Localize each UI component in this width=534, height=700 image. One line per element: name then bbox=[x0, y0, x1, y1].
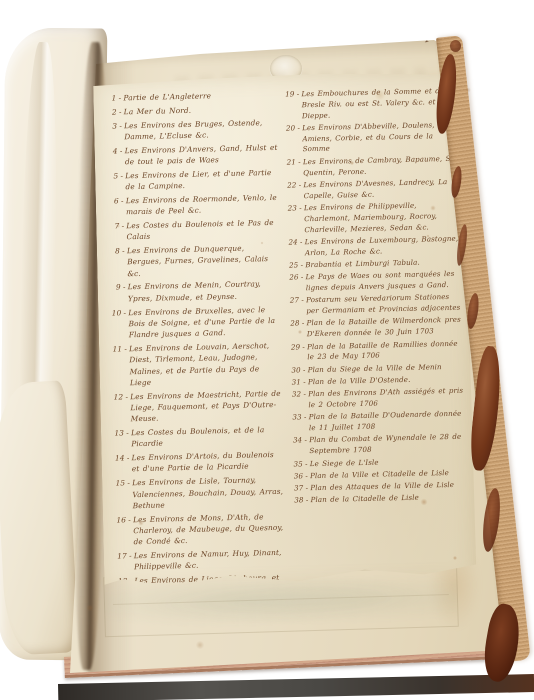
entry-number: 22 bbox=[281, 180, 296, 202]
entry-text: Les Environs de Dunquerque, Bergues, Fur… bbox=[127, 242, 281, 279]
index-entry: 12 - Les Environs de Maestricht, Partie … bbox=[108, 387, 284, 425]
entry-number: 8 bbox=[105, 245, 121, 279]
index-column-left: 1 - Partie de L'Angleterre 2 - La Mer du… bbox=[101, 89, 287, 601]
entry-text: Plan de la Bataille de Ramillies donnée … bbox=[307, 338, 465, 363]
entry-text: Plan des Environs D'Ath assiégés et pris… bbox=[308, 386, 466, 411]
entry-number: 4 bbox=[103, 145, 119, 168]
entry-text: Les Environs de Bruxelles, avec le Bois … bbox=[128, 303, 282, 340]
entry-number: 3 bbox=[102, 120, 118, 143]
entry-number: 21 bbox=[281, 157, 296, 179]
entry-number: 1 bbox=[101, 92, 116, 104]
entry-number: 10 bbox=[106, 307, 122, 341]
entry-number: 28 bbox=[284, 319, 299, 341]
entry-text: Plan de la Bataille de Wilmerdonck pres … bbox=[306, 315, 464, 340]
entry-text: Les Environs de Lier, et d'une Partie de… bbox=[125, 167, 278, 193]
entry-number: 30 bbox=[286, 365, 301, 376]
index-entry: 15 - Les Environs de Lisle, Tournay, Val… bbox=[110, 474, 286, 512]
index-entry: 23 - Les Environs de Philippeville, Char… bbox=[282, 200, 463, 236]
index-entry: 1 - Partie de L'Angleterre bbox=[101, 89, 276, 104]
entry-number: 6 bbox=[104, 195, 120, 218]
entry-text: Les Environs de Cambray, Bapaume, St. Qu… bbox=[303, 153, 461, 178]
entry-text: Les Environs de Lisle, Tournay, Valencie… bbox=[132, 474, 286, 511]
index-entry: 26 - Le Pays de Waes ou sont marquées le… bbox=[283, 269, 463, 295]
entry-number: 7 bbox=[104, 220, 120, 243]
index-entry: 13 - Les Costes du Boulenois, et de la P… bbox=[109, 424, 284, 451]
entry-number: 20 bbox=[280, 123, 296, 156]
entry-number: 13 bbox=[109, 427, 125, 450]
entry-number: 29 bbox=[285, 342, 300, 364]
index-entry: 21 - Les Environs de Cambray, Bapaume, S… bbox=[281, 153, 461, 179]
index-entry: 33 - Plan de la Bataille D'Oudenarde don… bbox=[287, 409, 467, 435]
index-entry: 6 - Les Environs de Roermonde, Venlo, le… bbox=[104, 192, 279, 219]
entry-text: Les Environs de Luxembourg, Bastogne, Ar… bbox=[305, 234, 463, 259]
index-entry: 32 - Plan des Environs D'Ath assiégés et… bbox=[286, 386, 466, 412]
index-entry: 11 - Les Environs de Louvain, Aerschot, … bbox=[107, 340, 283, 389]
entry-number: 5 bbox=[103, 170, 119, 193]
entry-number: 9 bbox=[106, 282, 122, 305]
index-entry: 3 - Les Environs des Bruges, Ostende, Da… bbox=[102, 116, 277, 143]
index-entry: 8 - Les Environs de Dunquerque, Bergues,… bbox=[105, 242, 281, 280]
entry-number: 34 bbox=[287, 436, 302, 458]
index-entry: 2 - La Mer du Nord. bbox=[102, 103, 277, 118]
index-entry: 27 - Postarum seu Veredariorum Stationes… bbox=[284, 292, 464, 318]
index-entry: 29 - Plan de la Bataille de Ramillies do… bbox=[285, 338, 465, 364]
entry-number: 35 bbox=[288, 459, 303, 470]
entry-number: 32 bbox=[286, 390, 301, 412]
entry-number: 31 bbox=[286, 377, 301, 388]
leather-binding-patch bbox=[450, 40, 461, 52]
entry-number: 24 bbox=[283, 237, 298, 259]
entry-text: Les Costes du Boulenois et le Pas de Cal… bbox=[126, 217, 279, 243]
table-surface-strip bbox=[58, 674, 534, 700]
entry-number: 17 bbox=[112, 550, 128, 573]
entry-number: 14 bbox=[109, 452, 125, 475]
entry-text: Les Environs de Roermonde, Venlo, le mar… bbox=[126, 192, 279, 218]
index-entry: 9 - Les Environs de Menin, Courtray, Ypr… bbox=[106, 278, 281, 305]
manuscript-index-sheet: 1 - Partie de L'Angleterre 2 - La Mer du… bbox=[93, 71, 477, 591]
entry-number: 36 bbox=[288, 471, 303, 482]
entry-text: Le Pays de Waes ou sont marquées les lig… bbox=[305, 269, 463, 294]
entry-text: Les Environs de Namur, Huy, Dinant, Phil… bbox=[134, 547, 287, 573]
entry-number: 11 bbox=[107, 343, 123, 389]
index-entry: 14 - Les Environs D'Artois, du Boulenois… bbox=[109, 449, 284, 476]
entry-text: Les Environs de Louvain, Aerschot, Diest… bbox=[129, 340, 283, 389]
entry-text: Plan de la Citadelle de Lisle bbox=[311, 492, 469, 506]
index-entry: 4 - Les Environs D'Anvers, Gand, Hulst e… bbox=[103, 142, 278, 169]
index-entry: 22 - Les Environs D'Avesnes, Landrecy, L… bbox=[281, 177, 461, 203]
entry-number: 23 bbox=[282, 203, 298, 236]
index-entry: 38 - Plan de la Citadelle de Lisle bbox=[289, 492, 469, 507]
entry-text: Les Environs D'Artois, du Boulenois et d… bbox=[131, 449, 284, 475]
entry-number: 37 bbox=[288, 483, 303, 494]
index-entry: 5 - Les Environs de Lier, et d'une Parti… bbox=[103, 167, 278, 194]
entry-text: Les Costes du Boulenois, et de la Picard… bbox=[131, 424, 284, 450]
index-entry: 28 - Plan de la Bataille de Wilmerdonck … bbox=[284, 315, 464, 341]
entry-number: 12 bbox=[108, 391, 124, 425]
index-entry: 34 - Plan du Combat de Wynendale le 28 d… bbox=[287, 432, 467, 458]
entry-number: 25 bbox=[283, 260, 298, 271]
entry-text: Les Environs de Menin, Courtray, Ypres, … bbox=[128, 278, 281, 304]
entry-text: Plan du Combat de Wynendale le 28 de Sep… bbox=[309, 432, 467, 457]
entry-text: Les Environs des Bruges, Ostende, Damme,… bbox=[124, 116, 277, 142]
index-entry: 24 - Les Environs de Luxembourg, Bastogn… bbox=[283, 234, 463, 260]
index-entry: 19 - Les Embouchures de la Somme et du B… bbox=[279, 86, 460, 122]
entry-number: 15 bbox=[110, 478, 126, 512]
index-entry: 7 - Les Costes du Boulenois et le Pas de… bbox=[104, 217, 279, 244]
index-entry: 20 - Les Environs D'Abbeville, Doulens, … bbox=[280, 120, 461, 156]
entry-number: 26 bbox=[283, 273, 298, 295]
entry-text: Les Environs D'Anvers, Gand, Hulst et de… bbox=[125, 142, 278, 168]
index-entry: 10 - Les Environs de Bruxelles, avec le … bbox=[106, 303, 282, 341]
entry-text: Les Environs de Maestricht, Partie de Li… bbox=[130, 387, 284, 424]
page-number: 1 bbox=[424, 34, 431, 46]
entry-text: Les Environs de Philippeville, Charlemon… bbox=[304, 200, 463, 236]
entry-text: Plan de la Bataille D'Oudenarde donnée l… bbox=[309, 409, 467, 434]
entry-text: Postarum seu Veredariorum Stationes per … bbox=[306, 292, 464, 317]
entry-text: La Mer du Nord. bbox=[124, 103, 277, 118]
entry-text: Partie de L'Angleterre bbox=[123, 89, 276, 104]
entry-number: 2 bbox=[102, 106, 117, 118]
index-entry: 16 - Les Environs de Mons, D'Ath, de Cha… bbox=[111, 510, 287, 548]
entry-number: 16 bbox=[111, 514, 127, 548]
entry-number: 33 bbox=[287, 413, 302, 435]
entry-number: 38 bbox=[289, 496, 304, 507]
entry-number: 19 bbox=[279, 89, 295, 122]
entry-text: Les Environs de Mons, D'Ath, de Charlero… bbox=[133, 510, 287, 547]
index-column-right: 19 - Les Embouchures de la Somme et du B… bbox=[279, 86, 468, 509]
index-entry: 17 - Les Environs de Namur, Huy, Dinant,… bbox=[112, 547, 287, 574]
entry-text: Les Environs D'Avesnes, Landrecy, La Cap… bbox=[303, 177, 461, 202]
entry-number: 27 bbox=[284, 296, 299, 318]
